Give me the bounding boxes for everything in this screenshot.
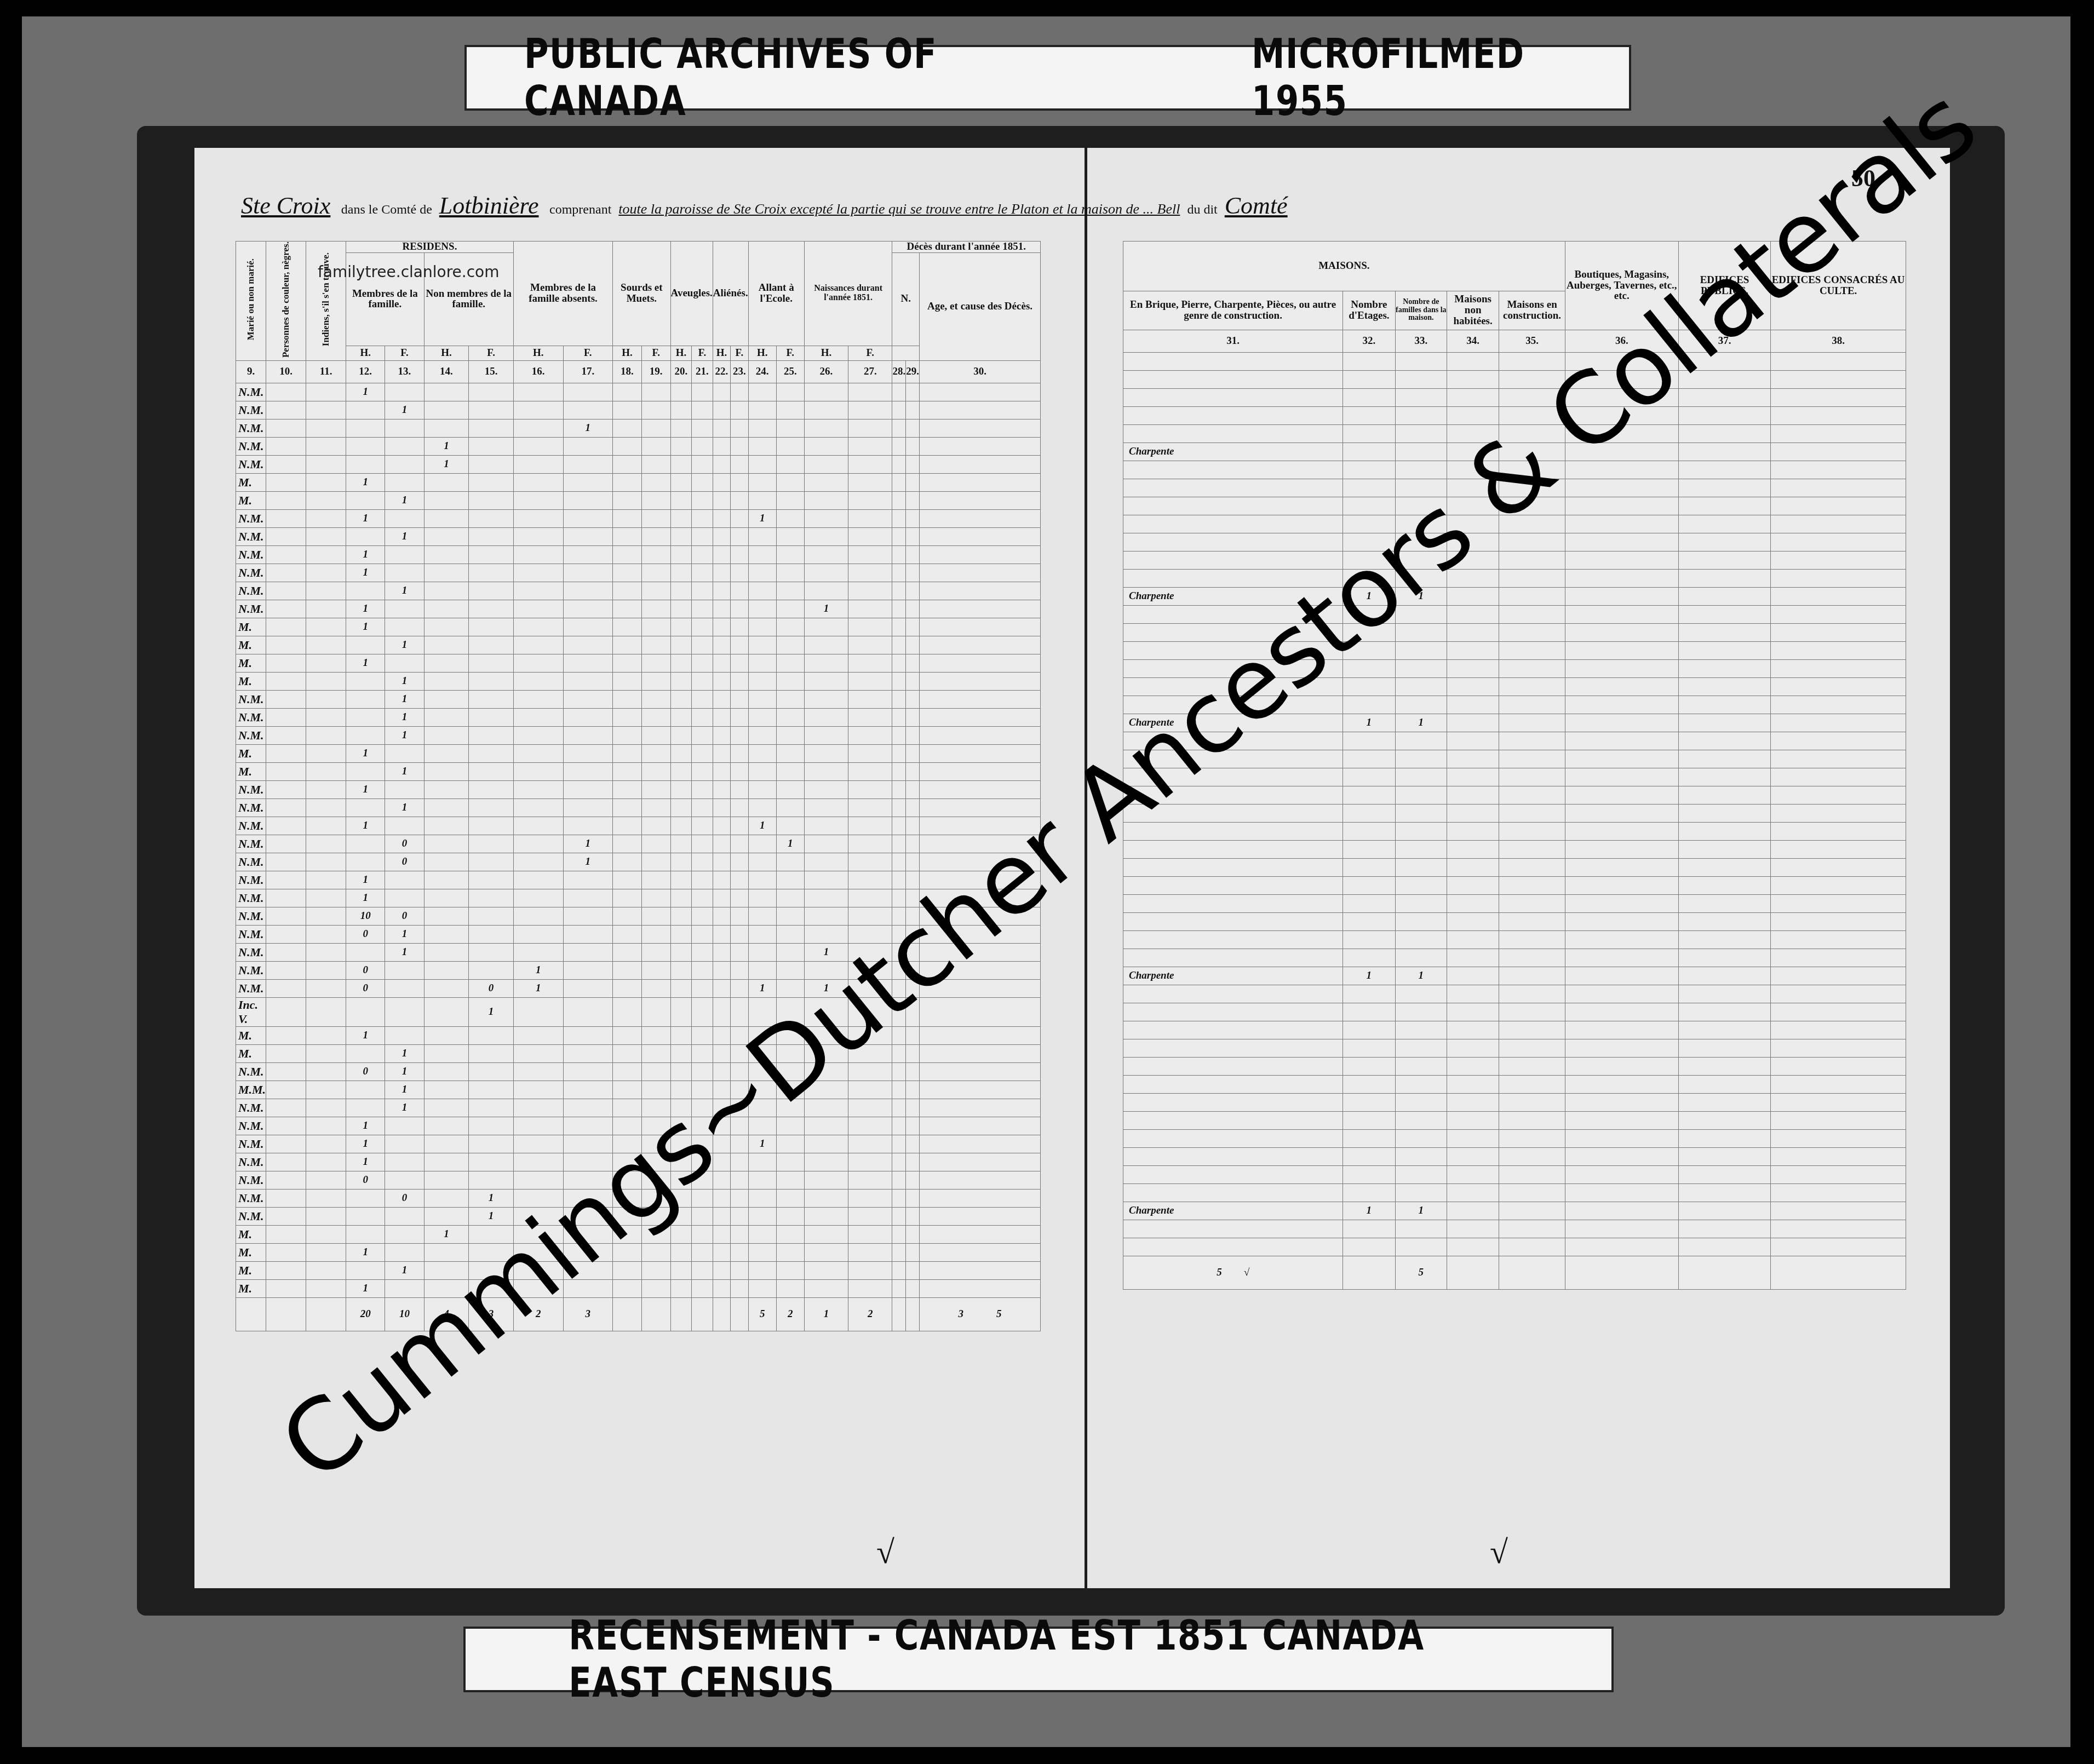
cell-c16: 1 [513, 979, 563, 997]
cell-c32 [1343, 479, 1395, 497]
header-alienes: Aliénés. [713, 242, 748, 346]
cell-c29 [906, 744, 920, 762]
cell-c33 [1395, 1166, 1447, 1184]
cell-c13 [385, 654, 424, 672]
cell-c9: N.M. [236, 780, 266, 798]
cell-c34 [1447, 1003, 1499, 1021]
cell-c19 [641, 1279, 670, 1297]
cell-c30 [920, 1081, 1041, 1099]
cell-c25 [776, 564, 804, 582]
cell-c11 [306, 726, 346, 744]
cell-c28 [892, 726, 906, 744]
cell-c24 [748, 943, 776, 961]
cell-c32 [1343, 1076, 1395, 1094]
cell-c14 [424, 1207, 469, 1225]
cell-c11 [306, 817, 346, 835]
cell-c29 [906, 564, 920, 582]
cell-c37 [1678, 949, 1770, 967]
cell-c9: N.M. [236, 419, 266, 437]
cell-c25: 1 [776, 835, 804, 853]
cell-c19 [641, 654, 670, 672]
cell-c38 [1771, 1202, 1906, 1220]
cell-c23 [731, 726, 748, 744]
header-h: H. [713, 346, 730, 360]
cell-c32 [1343, 732, 1395, 750]
cell-c36 [1565, 1076, 1678, 1094]
cell-c14 [424, 636, 469, 654]
cell-c10 [266, 979, 306, 997]
cell-c33 [1395, 660, 1447, 678]
cell-c19 [641, 835, 670, 853]
cell-c22 [713, 798, 730, 817]
cell-c28 [892, 527, 906, 545]
cell-c14 [424, 943, 469, 961]
cell-c26 [804, 835, 848, 853]
cell-c18 [613, 600, 642, 618]
cell-c22 [713, 383, 730, 401]
cell-c13: 1 [385, 708, 424, 726]
cell-c16 [513, 654, 563, 672]
cell-c19 [641, 564, 670, 582]
cell-c12: 1 [346, 473, 385, 491]
cell-c32 [1343, 786, 1395, 805]
cell-c29 [906, 1171, 920, 1189]
total-c24: 5 [748, 1297, 776, 1331]
cell-c9: N.M. [236, 383, 266, 401]
cell-c36 [1565, 696, 1678, 714]
cell-c16 [513, 690, 563, 708]
cell-c27 [848, 1207, 892, 1225]
header-c31: En Brique, Pierre, Charpente, Pièces, ou… [1123, 291, 1343, 330]
cell-c10 [266, 835, 306, 853]
cell-c14 [424, 726, 469, 744]
cell-c14 [424, 419, 469, 437]
cell-c13 [385, 1026, 424, 1044]
cell-c36 [1565, 967, 1678, 985]
cell-c20 [670, 600, 692, 618]
table-row: N.M.1 [236, 798, 1041, 817]
cell-c17 [563, 654, 613, 672]
cell-c28 [892, 636, 906, 654]
table-row [1123, 913, 1906, 931]
cell-c28 [892, 835, 906, 853]
cell-c16 [513, 636, 563, 654]
cell-c32 [1343, 750, 1395, 768]
cell-c25 [776, 853, 804, 871]
table-row [1123, 1094, 1906, 1112]
cell-c30 [920, 509, 1041, 527]
column-number: 27. [848, 360, 892, 383]
total-c19 [641, 1297, 670, 1331]
cell-c12 [346, 527, 385, 545]
cell-c28 [892, 618, 906, 636]
cell-c38 [1771, 696, 1906, 714]
cell-c29 [906, 582, 920, 600]
cell-c31 [1123, 1058, 1343, 1076]
cell-c25 [776, 925, 804, 943]
total-c37 [1678, 1256, 1770, 1290]
cell-c31 [1123, 895, 1343, 913]
cell-c17 [563, 401, 613, 419]
cell-c14: 1 [424, 437, 469, 455]
cell-c34 [1447, 1039, 1499, 1058]
cell-c10 [266, 1081, 306, 1099]
cell-c24: 1 [748, 979, 776, 997]
cell-c10 [266, 1171, 306, 1189]
cell-c35 [1499, 1184, 1565, 1202]
cell-c26 [804, 545, 848, 564]
table-row: N.M.11 [236, 509, 1041, 527]
cell-c12 [346, 1189, 385, 1207]
cell-c34 [1447, 895, 1499, 913]
archive-name: PUBLIC ARCHIVES OF CANADA [524, 31, 1048, 125]
header-deces-n: N. [892, 252, 920, 346]
cell-c14 [424, 961, 469, 979]
cell-c35 [1499, 931, 1565, 949]
cell-c35 [1499, 642, 1565, 660]
cell-c16 [513, 527, 563, 545]
cell-c24 [748, 1207, 776, 1225]
cell-c12: 1 [346, 383, 385, 401]
table-row: N.M.11 [236, 817, 1041, 835]
margin-check-mark: √ [876, 1533, 894, 1571]
cell-c25 [776, 509, 804, 527]
cell-c9: N.M. [236, 835, 266, 853]
cell-c21 [692, 708, 713, 726]
cell-c36 [1565, 1166, 1678, 1184]
cell-c28 [892, 744, 906, 762]
cell-c37 [1678, 985, 1770, 1003]
cell-c25 [776, 455, 804, 473]
cell-c21 [692, 437, 713, 455]
cell-c20 [670, 817, 692, 835]
cell-c15 [469, 907, 514, 925]
cell-c36 [1565, 606, 1678, 624]
cell-c29 [906, 437, 920, 455]
cell-c16 [513, 600, 563, 618]
cell-c13 [385, 997, 424, 1026]
cell-c37 [1678, 1166, 1770, 1184]
cell-c13 [385, 961, 424, 979]
cell-c18 [613, 907, 642, 925]
cell-c35 [1499, 1220, 1565, 1238]
cell-c16 [513, 545, 563, 564]
cell-c9: M. [236, 654, 266, 672]
cell-c38 [1771, 479, 1906, 497]
cell-c9: N.M. [236, 943, 266, 961]
cell-c34 [1447, 1094, 1499, 1112]
total-c32 [1343, 1256, 1395, 1290]
cell-c35 [1499, 1039, 1565, 1058]
column-number: 23. [731, 360, 748, 383]
cell-c24 [748, 1225, 776, 1243]
cell-c15 [469, 672, 514, 690]
cell-c21 [692, 491, 713, 509]
cell-c9: M. [236, 762, 266, 780]
header-h: H. [424, 346, 469, 360]
cell-c37 [1678, 1148, 1770, 1166]
cell-c29 [906, 401, 920, 419]
table-row [1123, 1238, 1906, 1256]
cell-c12 [346, 1044, 385, 1062]
cell-c17 [563, 455, 613, 473]
cell-c38 [1771, 533, 1906, 551]
cell-c17 [563, 545, 613, 564]
cell-c30 [920, 1153, 1041, 1171]
cell-c31 [1123, 949, 1343, 967]
cell-c12 [346, 1225, 385, 1243]
cell-c22 [713, 564, 730, 582]
cell-c36 [1565, 1238, 1678, 1256]
cell-c28 [892, 1117, 906, 1135]
cell-c21 [692, 798, 713, 817]
cell-c24 [748, 1171, 776, 1189]
cell-c10 [266, 1026, 306, 1044]
cell-c35 [1499, 895, 1565, 913]
cell-c20 [670, 582, 692, 600]
cell-c38 [1771, 967, 1906, 985]
cell-c21 [692, 835, 713, 853]
cell-c38 [1771, 407, 1906, 425]
cell-c23 [731, 1243, 748, 1261]
cell-c28 [892, 853, 906, 871]
cell-c38 [1771, 1220, 1906, 1238]
cell-c12: 1 [346, 545, 385, 564]
cell-c35 [1499, 678, 1565, 696]
cell-c31 [1123, 533, 1343, 551]
column-number: 24. [748, 360, 776, 383]
cell-c32 [1343, 841, 1395, 859]
column-number: 17. [563, 360, 613, 383]
cell-c32 [1343, 1184, 1395, 1202]
cell-c31 [1123, 407, 1343, 425]
cell-c13: 1 [385, 690, 424, 708]
header-absents: Membres de la famille absents. [513, 242, 612, 346]
cell-c10 [266, 582, 306, 600]
cell-c13 [385, 545, 424, 564]
cell-c37 [1678, 732, 1770, 750]
cell-c25 [776, 383, 804, 401]
total-c9 [236, 1297, 266, 1331]
table-row: N.M.1 [236, 545, 1041, 564]
cell-c24 [748, 419, 776, 437]
cell-c33 [1395, 786, 1447, 805]
cell-c12 [346, 672, 385, 690]
cell-c17 [563, 672, 613, 690]
cell-c30 [920, 636, 1041, 654]
cell-c34 [1447, 1021, 1499, 1039]
cell-c37 [1678, 967, 1770, 985]
table-row: M.M.1 [236, 1081, 1041, 1099]
cell-c16 [513, 997, 563, 1026]
cell-c18 [613, 672, 642, 690]
cell-c26 [804, 636, 848, 654]
cell-c16 [513, 708, 563, 726]
cell-c21 [692, 618, 713, 636]
cell-c12 [346, 455, 385, 473]
cell-c11 [306, 527, 346, 545]
cell-c37 [1678, 768, 1770, 786]
cell-c31 [1123, 877, 1343, 895]
cell-c27 [848, 1081, 892, 1099]
cell-c22 [713, 744, 730, 762]
cell-c36 [1565, 1003, 1678, 1021]
cell-c22 [713, 961, 730, 979]
cell-c14 [424, 491, 469, 509]
cell-c15 [469, 871, 514, 889]
cell-c23 [731, 473, 748, 491]
cell-c34 [1447, 805, 1499, 823]
cell-c14 [424, 835, 469, 853]
cell-c26 [804, 744, 848, 762]
cell-c20 [670, 780, 692, 798]
cell-c15 [469, 726, 514, 744]
cell-c27 [848, 690, 892, 708]
cell-c17 [563, 889, 613, 907]
cell-c30 [920, 401, 1041, 419]
cell-c21 [692, 545, 713, 564]
table-row: M.1 [236, 672, 1041, 690]
cell-c25 [776, 545, 804, 564]
cell-c21 [692, 780, 713, 798]
cell-c15 [469, 618, 514, 636]
cell-c18 [613, 401, 642, 419]
cell-c22 [713, 636, 730, 654]
cell-c12 [346, 437, 385, 455]
cell-c20 [670, 1225, 692, 1243]
cell-c37 [1678, 588, 1770, 606]
cell-c22 [713, 1279, 730, 1297]
table-row: N.M.1 [236, 726, 1041, 744]
cell-c11 [306, 1189, 346, 1207]
cell-c34 [1447, 371, 1499, 389]
cell-c21 [692, 744, 713, 762]
cell-c9: Inc. V. [236, 997, 266, 1026]
cell-c27 [848, 1243, 892, 1261]
cell-c22 [713, 925, 730, 943]
cell-c29 [906, 726, 920, 744]
cell-c13: 1 [385, 798, 424, 817]
cell-c15 [469, 1117, 514, 1135]
cell-c36 [1565, 786, 1678, 805]
cell-c10 [266, 473, 306, 491]
cell-c18 [613, 690, 642, 708]
cell-c18 [613, 961, 642, 979]
cell-c14 [424, 744, 469, 762]
cell-c21 [692, 690, 713, 708]
cell-c36 [1565, 660, 1678, 678]
cell-c24 [748, 1243, 776, 1261]
cell-c11 [306, 636, 346, 654]
cell-c32 [1343, 1021, 1395, 1039]
cell-c14 [424, 690, 469, 708]
cell-c10 [266, 961, 306, 979]
cell-c32 [1343, 805, 1395, 823]
column-number: 32. [1343, 330, 1395, 353]
cell-c9: N.M. [236, 907, 266, 925]
cell-c14 [424, 672, 469, 690]
cell-c25 [776, 473, 804, 491]
cell-c22 [713, 943, 730, 961]
cell-c15 [469, 473, 514, 491]
cell-c22 [713, 491, 730, 509]
cell-c35 [1499, 1166, 1565, 1184]
table-row: N.M.1 [236, 455, 1041, 473]
cell-c18 [613, 582, 642, 600]
column-number: 25. [776, 360, 804, 383]
cell-c34 [1447, 768, 1499, 786]
cell-c24 [748, 762, 776, 780]
cell-c28 [892, 383, 906, 401]
cell-c31 [1123, 985, 1343, 1003]
cell-c11 [306, 889, 346, 907]
cell-c18 [613, 636, 642, 654]
cell-c32 [1343, 1003, 1395, 1021]
cell-c17 [563, 1099, 613, 1117]
cell-c24 [748, 925, 776, 943]
total-c18 [613, 1297, 642, 1331]
cell-c34 [1447, 1238, 1499, 1256]
microfilm-date: MICROFILMED 1955 [1252, 31, 1591, 125]
cell-c16: 1 [513, 961, 563, 979]
cell-c31 [1123, 1184, 1343, 1202]
cell-c26 [804, 383, 848, 401]
cell-c38 [1771, 1112, 1906, 1130]
table-row: N.M.1 [236, 527, 1041, 545]
cell-c20 [670, 437, 692, 455]
total-c23 [731, 1297, 748, 1331]
cell-c28 [892, 600, 906, 618]
cell-c15: 1 [469, 1189, 514, 1207]
cell-c27 [848, 726, 892, 744]
cell-c37 [1678, 624, 1770, 642]
total-c28 [892, 1297, 906, 1331]
cell-c13 [385, 1225, 424, 1243]
cell-c32 [1343, 877, 1395, 895]
cell-c25 [776, 1207, 804, 1225]
cell-c10 [266, 907, 306, 925]
cell-c17 [563, 961, 613, 979]
cell-c38 [1771, 732, 1906, 750]
cell-c35 [1499, 913, 1565, 931]
header-deces-age: Age, et cause des Décès. [920, 252, 1041, 360]
cell-c15 [469, 419, 514, 437]
cell-c29 [906, 708, 920, 726]
cell-c26 [804, 853, 848, 871]
cell-c15 [469, 636, 514, 654]
cell-c38 [1771, 859, 1906, 877]
cell-c38 [1771, 877, 1906, 895]
cell-c25 [776, 1189, 804, 1207]
cell-c20 [670, 455, 692, 473]
cell-c11 [306, 455, 346, 473]
column-number: 19. [641, 360, 670, 383]
cell-c15 [469, 1153, 514, 1171]
cell-c10 [266, 401, 306, 419]
cell-c37 [1678, 497, 1770, 515]
cell-c28 [892, 545, 906, 564]
table-row: M.1 [236, 744, 1041, 762]
cell-c27 [848, 1279, 892, 1297]
cell-c23 [731, 437, 748, 455]
cell-c29 [906, 762, 920, 780]
header-c32: Nombre d'Etages. [1343, 291, 1395, 330]
cell-c16 [513, 1117, 563, 1135]
cell-c14 [424, 527, 469, 545]
cell-c16 [513, 401, 563, 419]
cell-c9: N.M. [236, 708, 266, 726]
cell-c29 [906, 853, 920, 871]
